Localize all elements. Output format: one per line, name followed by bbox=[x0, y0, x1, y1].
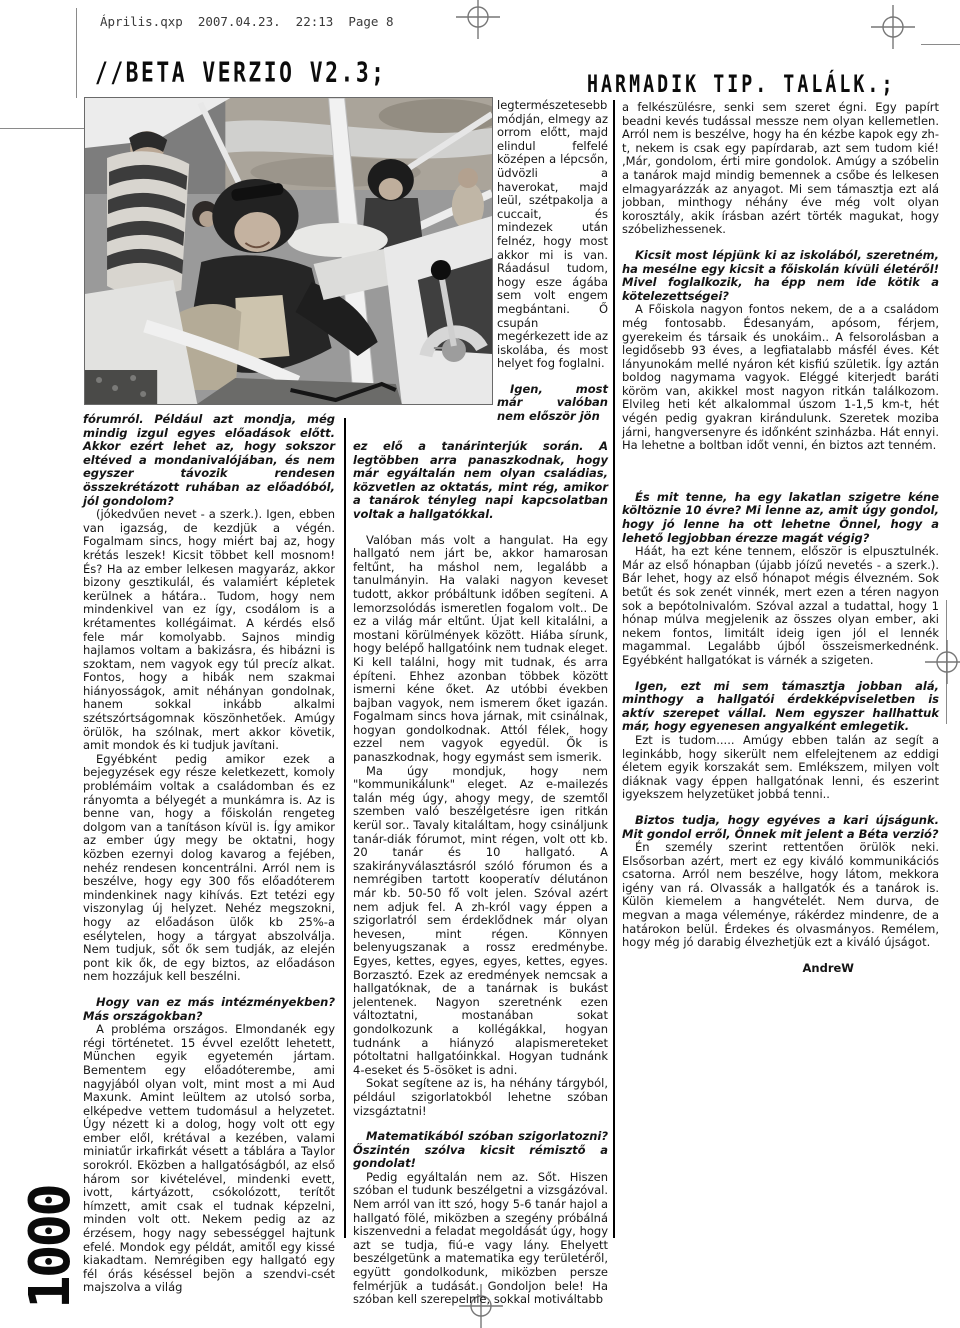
interview-answer: Pedig egyáltalán nem az. Sőt. Hiszen szó… bbox=[353, 1171, 608, 1307]
interview-question: És mit tenne, ha egy lakatlan szigetre k… bbox=[622, 491, 939, 545]
scanned-magazine-page: Április.qxp 2007.04.23. 22:13 Page 8 //B… bbox=[0, 0, 960, 1328]
boat-photo bbox=[84, 97, 493, 405]
column-divider-left bbox=[344, 418, 346, 1238]
trim-mark-top-left-vertical bbox=[76, 8, 77, 98]
author-signature: AndreW bbox=[622, 962, 939, 976]
trim-mark-top-left-horizontal bbox=[0, 128, 94, 129]
article-series-title: //BETA VERZIO V2.3; bbox=[95, 56, 387, 88]
interview-answer: Sokat segítene az is, ha néhány tárgyból… bbox=[353, 1077, 608, 1118]
interview-answer: legtermészetesebb módján, elmegy az orro… bbox=[497, 99, 608, 371]
registration-mark-top-center-icon bbox=[456, 0, 500, 39]
text-column-left: fórumról. Például azt mondja, még mindig… bbox=[83, 413, 335, 1295]
issue-folio-number: 1000 bbox=[18, 1186, 83, 1309]
column-divider-right bbox=[613, 100, 615, 1238]
registration-mark-top-right-icon bbox=[871, 5, 915, 49]
trim-mark-top-right bbox=[921, 44, 960, 45]
interview-question: fórumról. Például azt mondja, még mindig… bbox=[83, 413, 335, 508]
print-slug-line: Április.qxp 2007.04.23. 22:13 Page 8 bbox=[100, 14, 394, 29]
interview-answer: Én személy szerint rettentően örülök nek… bbox=[622, 841, 939, 950]
article-section-title: HARMADIK TIP. TALÁLK.; bbox=[587, 70, 895, 98]
interview-answer: (jókedvűen nevet - a szerk.). Igen, ebbe… bbox=[83, 508, 335, 753]
interview-answer: A probléma országos. Elmondanék egy régi… bbox=[83, 1023, 335, 1295]
interview-answer: a felkészülésre, senki sem szeret égni. … bbox=[622, 101, 939, 237]
text-column-middle: ez elő a tanárinterjúk során. A legtöbbe… bbox=[353, 440, 608, 1307]
interview-question: ez elő a tanárinterjúk során. A legtöbbe… bbox=[353, 440, 608, 522]
interview-answer: Ezt is tudom..... Amúgy ebben talán az s… bbox=[622, 734, 939, 802]
interview-question: Matematikából szóban szigorlatozni? Őszi… bbox=[353, 1130, 608, 1171]
interview-question: Kicsit most lépjünk ki az iskolából, sze… bbox=[622, 249, 939, 303]
interview-question: Hogy van ez más intézményekben? Más orsz… bbox=[83, 996, 335, 1023]
interview-answer: A Főiskola nagyon fontos nekem, de a a c… bbox=[622, 303, 939, 453]
interview-answer: Valóban más volt a hangulat. Ha egy hall… bbox=[353, 534, 608, 765]
interview-answer: Egyébként pedig amikor ezek a bejegyzése… bbox=[83, 753, 335, 984]
interview-answer: Háát, ha ezt kéne tennem, először is elp… bbox=[622, 545, 939, 667]
interview-question: Igen, most már valóban nem először jön bbox=[497, 383, 608, 424]
text-column-middle-narrow: legtermészetesebb módján, elmegy az orro… bbox=[497, 99, 608, 424]
text-column-right: a felkészülésre, senki sem szeret égni. … bbox=[622, 101, 939, 975]
interview-answer: Ma úgy mondjuk, hogy nem "kommunikálunk"… bbox=[353, 765, 608, 1078]
interview-question: Biztos tudja, hogy egyéves a kari újságu… bbox=[622, 814, 939, 841]
interview-question: Igen, ezt mi sem támasztja jobban alá, m… bbox=[622, 680, 939, 734]
